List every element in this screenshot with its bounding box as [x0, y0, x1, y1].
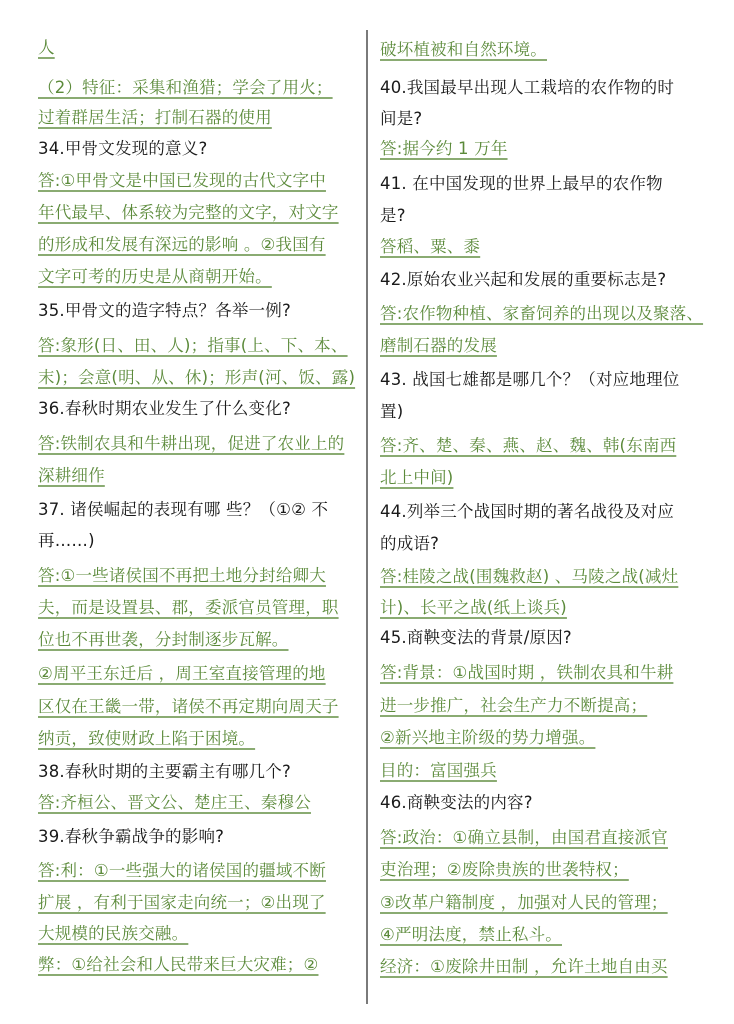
answer-text: （2）特征：采集和渔猎；学会了用火；	[38, 77, 333, 99]
column-divider	[366, 30, 368, 1004]
answer-text: 吏治理；②废除贵族的世袭特权；	[380, 859, 629, 881]
answer-text: 年代最早、体系较为完整的文字，对文字	[38, 202, 339, 224]
answer-text: ②新兴地主阶级的势力增强。	[380, 727, 595, 749]
answer-text: 进一步推广，社会生产力不断提高；	[380, 695, 647, 717]
question-text: 35.甲骨文的造字特点？各举一例?	[38, 300, 291, 322]
question-text: 46.商鞅变法的内容?	[380, 792, 533, 814]
answer-text: 大规模的民族交融。	[38, 923, 188, 945]
answer-text: ③改革户籍制度 ，加强对人民的管理；	[380, 892, 668, 914]
question-text: 36.春秋时期农业发生了什么变化?	[38, 398, 291, 420]
answer-text: 文字可考的历史是从商朝开始。	[38, 266, 272, 288]
question-text: 间是?	[380, 108, 422, 130]
answer-text: 答:齐桓公、晋文公、楚庄王、秦穆公	[38, 792, 311, 814]
answer-text: 弊：①给社会和人民带来巨大灾难；②	[38, 954, 318, 976]
answer-text: ④严明法度，禁止私斗。	[380, 924, 562, 946]
answer-text: 答:利：①一些强大的诸侯国的疆域不断	[38, 860, 326, 882]
answer-text: 破坏植被和自然环境。	[380, 39, 547, 61]
answer-text: 答:农作物种植、家畜饲养的出现以及聚落、	[380, 303, 703, 325]
answer-text: 答:据今约 1 万年	[380, 138, 508, 160]
answer-text: 答:①甲骨文是中国已发现的古代文字中	[38, 170, 326, 192]
question-text: 44.列举三个战国时期的著名战役及对应	[380, 501, 674, 523]
answer-text: 答:铁制农具和牛耕出现，促进了农业上的	[38, 433, 344, 455]
answer-text: 夫，而是设置县、郡，委派官员管理，职	[38, 597, 339, 619]
answer-text: 答:政治：①确立县制，由国君直接派官	[380, 827, 668, 849]
answer-text: 目的：富国强兵	[380, 760, 497, 782]
question-text: 是?	[380, 205, 406, 227]
answer-text: 过着群居生活；打制石器的使用	[38, 107, 272, 129]
answer-text: 答:齐、楚、秦、燕、赵、魏、韩(东南西	[380, 435, 676, 457]
answer-text: 北上中间)	[380, 467, 453, 489]
question-text: 34.甲骨文发现的意义?	[38, 138, 207, 160]
answer-text: 的形成和发展有深远的影响 。②我国有	[38, 234, 326, 256]
answer-text: 答稻、粟、黍	[380, 236, 480, 258]
answer-text: 人	[38, 37, 55, 59]
answer-text: 计)、长平之战(纸上谈兵)	[380, 597, 567, 619]
question-text: 39.春秋争霸战争的影响?	[38, 826, 224, 848]
question-text: 置)	[380, 401, 403, 423]
answer-text: 答:①一些诸侯国不再把土地分封给卿大	[38, 565, 326, 587]
question-text: 再……)	[38, 530, 95, 552]
answer-text: 纳贡，致使财政上陷于困境。	[38, 728, 255, 750]
question-text: 37. 诸侯崛起的表现有哪 些？（①② 不	[38, 499, 328, 521]
answer-text: 经济：①废除井田制 ，允许土地自由买	[380, 956, 668, 978]
answer-text: 扩展 ，有利于国家走向统一；②出现了	[38, 892, 326, 914]
question-text: 40.我国最早出现人工栽培的农作物的时	[380, 77, 674, 99]
question-text: 41. 在中国发现的世界上最早的农作物	[380, 173, 663, 195]
question-text: 42.原始农业兴起和发展的重要标志是?	[380, 269, 666, 291]
answer-text: 区仅在王畿一带，诸侯不再定期向周天子	[38, 696, 339, 718]
answer-text: 答:象形(日、田、人)；指事(上、下、本、	[38, 335, 348, 357]
answer-text: 末)；会意(明、从、休)；形声(河、饭、露)	[38, 367, 355, 389]
answer-text: 答:背景：①战国时期 ，铁制农具和牛耕	[380, 662, 673, 684]
question-text: 38.春秋时期的主要霸主有哪几个?	[38, 761, 291, 783]
answer-text: 磨制石器的发展	[380, 335, 497, 357]
question-text: 43. 战国七雄都是哪几个？（对应地理位	[380, 369, 680, 391]
question-text: 45.商鞅变法的背景/原因?	[380, 627, 572, 649]
answer-text: ②周平王东迁后 ，周王室直接管理的地	[38, 663, 326, 685]
answer-text: 答:桂陵之战(围魏救赵) 、马陵之战(减灶	[380, 566, 678, 588]
answer-text: 位也不再世袭，分封制逐步瓦解。	[38, 629, 289, 651]
question-text: 的成语?	[380, 533, 439, 555]
answer-text: 深耕细作	[38, 465, 105, 487]
